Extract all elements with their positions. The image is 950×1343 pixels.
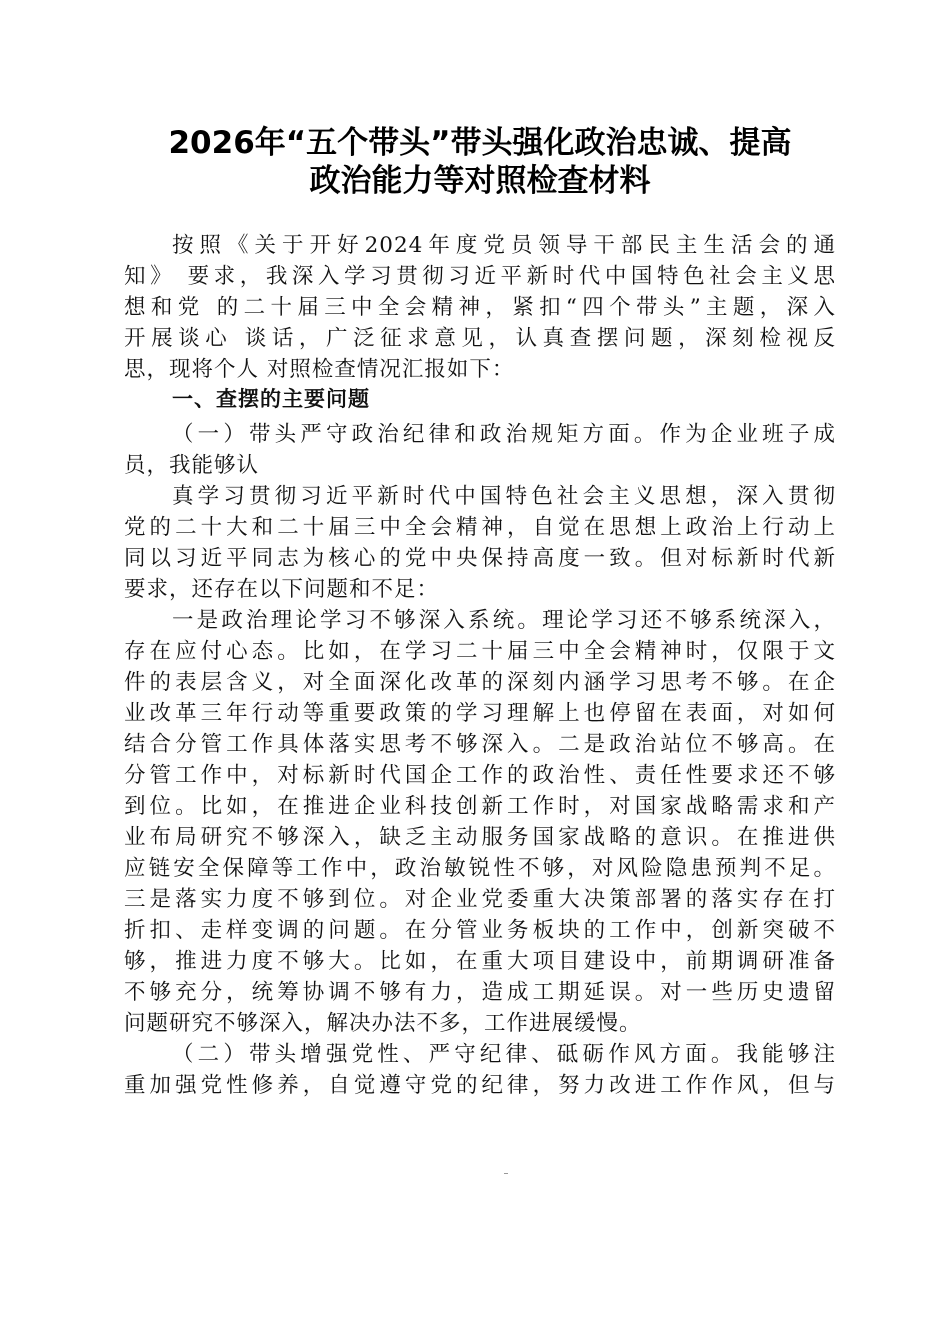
- intro-paragraph: 按照《关于开好2024年度党员领导干部民主生活会的通 知》 要求，我深入学习贯彻…: [124, 230, 836, 385]
- text-line: 存在应付心态。比如，在学习二十届三中全会精神时，仅限于文: [124, 636, 836, 667]
- text-line: （二）带头增强党性、严守纪律、砥砺作风方面。我能够注: [124, 1039, 836, 1070]
- text-line: 真学习贯彻习近平新时代中国特色社会主义思想，深入贯彻: [124, 481, 836, 512]
- text-line: 三是落实力度不够到位。对企业党委重大决策部署的落实存在打: [124, 884, 836, 915]
- text-line: 分管工作中，对标新时代国企工作的政治性、责任性要求还不够: [124, 760, 836, 791]
- text-line: 要求，还存在以下问题和不足：: [124, 574, 836, 605]
- text-line: 员，我能够认: [124, 450, 836, 481]
- text-line: 知》 要求，我深入学习贯彻习近平新时代中国特色社会主义思: [124, 261, 836, 292]
- text-line: 一是政治理论学习不够深入系统。理论学习还不够系统深入，: [124, 605, 836, 636]
- text-line: （一）带头严守政治纪律和政治规矩方面。作为企业班子成: [124, 419, 836, 450]
- subsection-1-paragraph: 真学习贯彻习近平新时代中国特色社会主义思想，深入贯彻 党的二十大和二十届三中全会…: [124, 481, 836, 605]
- title-line-2: 政治能力等对照检查材料: [110, 162, 850, 200]
- problems-paragraph: 一是政治理论学习不够深入系统。理论学习还不够系统深入， 存在应付心态。比如，在学…: [124, 605, 836, 1039]
- title-line-1: 2026年“五个带头”带头强化政治忠诚、提高: [110, 124, 850, 162]
- document-body: 按照《关于开好2024年度党员领导干部民主生活会的通 知》 要求，我深入学习贯彻…: [124, 230, 836, 1101]
- text-line: 到位。比如，在推进企业科技创新工作时，对国家战略需求和产: [124, 791, 836, 822]
- text-line: 思，现将个人 对照检查情况汇报如下：: [124, 354, 836, 385]
- text-line: 业布局研究不够深入，缺乏主动服务国家战略的意识。在推进供: [124, 822, 836, 853]
- text-line: 党的二十大和二十届三中全会精神，自觉在思想上政治上行动上: [124, 512, 836, 543]
- text-line: 业改革三年行动等重要政策的学习理解上也停留在表面，对如何: [124, 698, 836, 729]
- text-line: 重加强党性修养，自觉遵守党的纪律，努力改进工作作风，但与: [124, 1070, 836, 1101]
- document-title: 2026年“五个带头”带头强化政治忠诚、提高 政治能力等对照检查材料: [110, 124, 850, 200]
- text-line: 应链安全保障等工作中，政治敏锐性不够，对风险隐患预判不足。: [124, 853, 836, 884]
- section-heading: 一、查摆的主要问题: [124, 385, 836, 413]
- text-line: 够，推进力度不够大。比如，在重大项目建设中，前期调研准备: [124, 946, 836, 977]
- subsection-1-lead: （一）带头严守政治纪律和政治规矩方面。作为企业班子成 员，我能够认: [124, 419, 836, 481]
- page-mark: [504, 1173, 508, 1174]
- text-line: 开展谈心 谈话，广泛征求意见，认真查摆问题，深刻检视反: [124, 323, 836, 354]
- text-line: 件的表层含义，对全面深化改革的深刻内涵学习思考不够。在企: [124, 667, 836, 698]
- text-line: 折扣、走样变调的问题。在分管业务板块的工作中，创新突破不: [124, 915, 836, 946]
- text-line: 问题研究不够深入，解决办法不多，工作进展缓慢。: [124, 1008, 836, 1039]
- subsection-2-paragraph: （二）带头增强党性、严守纪律、砥砺作风方面。我能够注 重加强党性修养，自觉遵守党…: [124, 1039, 836, 1101]
- text-line: 结合分管工作具体落实思考不够深入。二是政治站位不够高。在: [124, 729, 836, 760]
- text-line: 想和党 的二十届三中全会精神，紧扣“四个带头”主题，深入: [124, 292, 836, 323]
- text-line: 不够充分，统筹协调不够有力，造成工期延误。对一些历史遗留: [124, 977, 836, 1008]
- text-line: 同以习近平同志为核心的党中央保持高度一致。但对标新时代新: [124, 543, 836, 574]
- text-line: 按照《关于开好2024年度党员领导干部民主生活会的通: [124, 230, 836, 261]
- document-page: 2026年“五个带头”带头强化政治忠诚、提高 政治能力等对照检查材料 按照《关于…: [0, 0, 950, 1343]
